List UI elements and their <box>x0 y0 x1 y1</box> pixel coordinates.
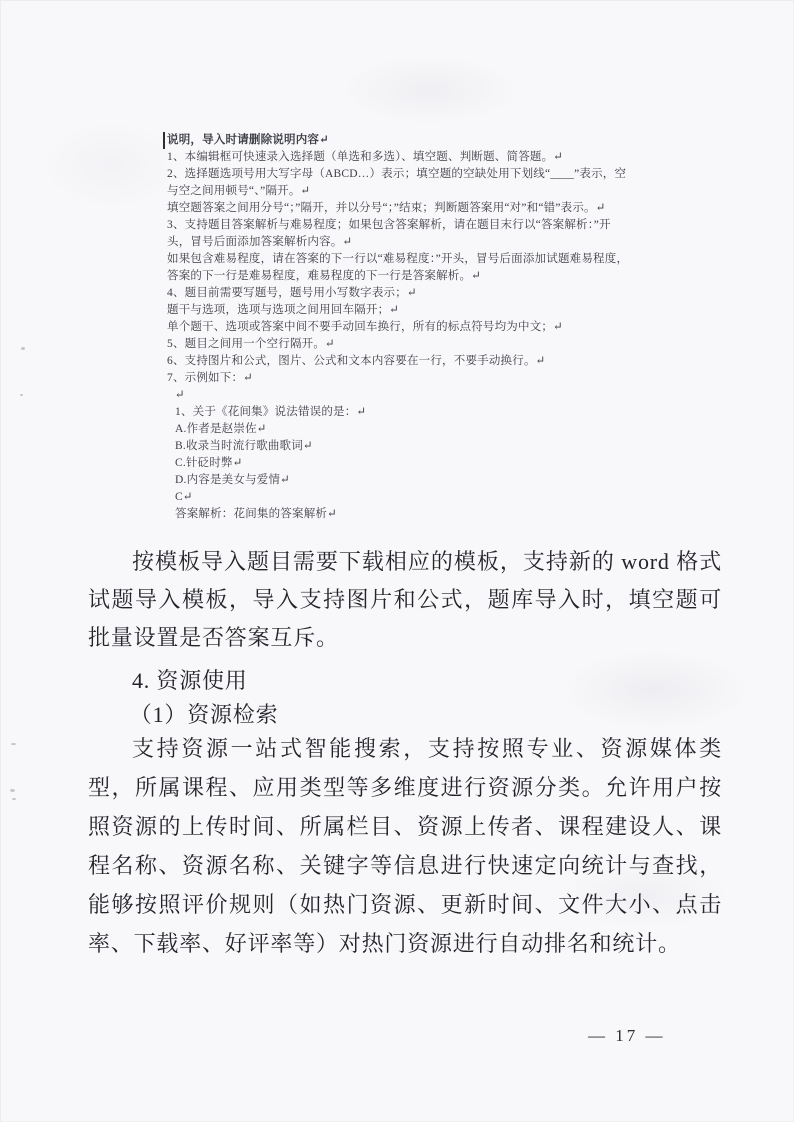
note-rules-list: 1、本编辑框可快速录入选择题（单选和多选）、填空题、判断题、简答题。↵2、选择题… <box>167 149 733 387</box>
scan-speck <box>10 789 15 792</box>
scan-speck <box>11 743 16 745</box>
note-rule-line: 题干与选项，选项与选项之间用回车隔开；↵ <box>167 302 733 319</box>
note-example-line: C.针砭时弊↵ <box>175 455 733 472</box>
note-rule-line: 填空题答案之间用分号“；”隔开，并以分号“；”结束；判断题答案用“对”和“错”表… <box>167 200 733 217</box>
note-rule-line: 4、题目前需要写题号，题号用小写数字表示；↵ <box>167 285 733 302</box>
scanned-document-page: 说明，导入时请删除说明内容↵ 1、本编辑框可快速录入选择题（单选和多选）、填空题… <box>0 0 794 1122</box>
note-example-line: D.内容是美女与爱情↵ <box>175 472 733 489</box>
note-example-line: 1、关于《花间集》说法错误的是：↵ <box>175 404 733 421</box>
section-heading-resource-usage: 4. 资源使用 <box>88 664 722 695</box>
note-example-line: C↵ <box>175 489 733 506</box>
paragraph-resource-search: 支持资源一站式智能搜索，支持按照专业、资源媒体类型，所属课程、应用类型等多维度进… <box>88 729 722 963</box>
scan-speck <box>20 394 23 396</box>
note-example-line: A.作者是赵崇佐↵ <box>175 421 733 438</box>
note-heading: 说明，导入时请删除说明内容↵ <box>163 132 733 149</box>
import-instructions-block: 说明，导入时请删除说明内容↵ 1、本编辑框可快速录入选择题（单选和多选）、填空题… <box>167 132 733 523</box>
note-rule-line: 单个题干、选项或答案中间不要手动回车换行，所有的标点符号均为中文；↵ <box>167 319 733 336</box>
note-example-line: ↵ <box>175 387 733 404</box>
note-rule-line: 如果包含难易程度，请在答案的下一行以“难易程度：”开头，冒号后面添加试题难易程度… <box>167 251 733 268</box>
note-rule-line: 与空之间用顿号“、”隔开。↵ <box>167 183 733 200</box>
note-rule-line: 2、选择题选项号用大写字母（ABCD…）表示；填空题的空缺处用下划线“____”… <box>167 166 733 183</box>
note-example-line: 答案解析：花间集的答案解析↵ <box>175 506 733 523</box>
note-rule-line: 1、本编辑框可快速录入选择题（单选和多选）、填空题、判断题、简答题。↵ <box>167 149 733 166</box>
note-rule-line: 5、题目之间用一个空行隔开。↵ <box>167 336 733 353</box>
note-rule-line: 6、支持图片和公式，图片、公式和文本内容要在一行，不要手动换行。↵ <box>167 353 733 370</box>
scan-smudge <box>340 55 520 125</box>
subsection-heading-resource-search: （1）资源检索 <box>88 698 722 729</box>
note-rule-line: 7、示例如下：↵ <box>167 370 733 387</box>
note-rule-line: 答案的下一行是难易程度，难易程度的下一行是答案解析。↵ <box>167 268 733 285</box>
note-rule-line: 3、支持题目答案解析与难易程度；如果包含答案解析，请在题目末行以“答案解析：”开 <box>167 217 733 234</box>
scan-speck <box>21 347 25 350</box>
note-example-line: B.收录当时流行歌曲歌词↵ <box>175 438 733 455</box>
note-example-list: ↵1、关于《花间集》说法错误的是：↵A.作者是赵崇佐↵B.收录当时流行歌曲歌词↵… <box>175 387 733 523</box>
note-rule-line: 头，冒号后面添加答案解析内容。↵ <box>167 234 733 251</box>
paragraph-template-import: 按模板导入题目需要下载相应的模板，支持新的 word 格式试题导入模板，导入支持… <box>88 543 722 657</box>
scan-smudge <box>40 120 180 210</box>
page-number: — 17 — <box>588 1026 666 1046</box>
scan-speck <box>12 798 16 800</box>
